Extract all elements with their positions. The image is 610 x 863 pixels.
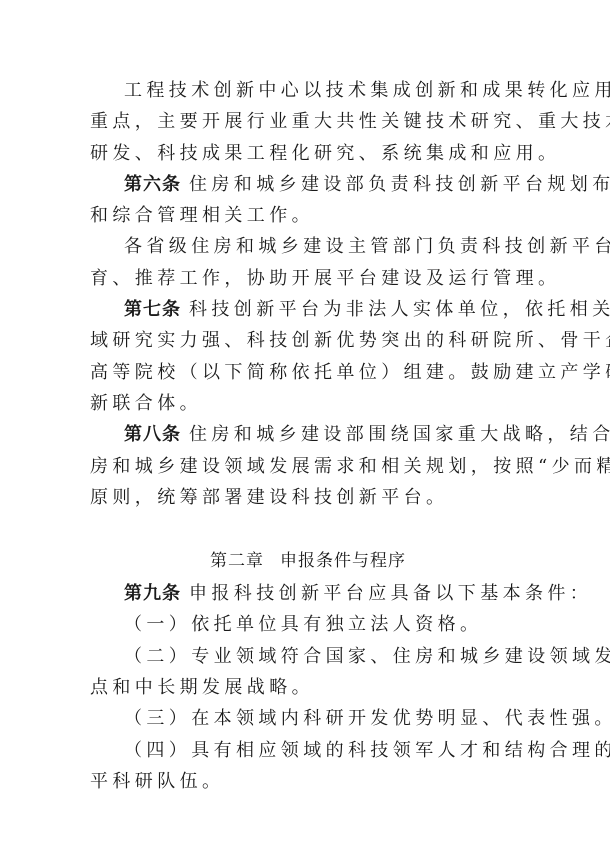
text-line: 平科研队伍。 <box>90 766 520 797</box>
chapter-title: 申报条件与程序 <box>280 551 406 571</box>
text-line: 新联合体。 <box>90 388 520 419</box>
article-text: 申报科技创新平台应具备以下基本条件： <box>189 583 592 604</box>
text-line: （一）依托单位具有独立法人资格。 <box>90 609 520 640</box>
text-line: 第九条申报科技创新平台应具备以下基本条件： <box>90 578 520 609</box>
article-number: 第六条 <box>124 174 181 195</box>
document-page: 工程技术创新中心以技术集成创新和成果转化应用为 重点，主要开展行业重大共性关键技… <box>90 75 520 797</box>
chapter-number: 第二章 <box>210 551 264 571</box>
text-line: 和综合管理相关工作。 <box>90 200 520 231</box>
text-line: （四）具有相应领域的科技领军人才和结构合理的高水 <box>90 735 520 766</box>
text-line: 育、推荐工作，协助开展平台建设及运行管理。 <box>90 263 520 294</box>
chapter-heading: 第二章申报条件与程序 <box>90 544 520 578</box>
article-6: 第六条住房和城乡建设部负责科技创新平台规划布局 和综合管理相关工作。 <box>90 169 520 232</box>
article-text: 科技创新平台为非法人实体单位，依托相关领 <box>189 299 610 320</box>
text-line: 重点，主要开展行业重大共性关键技术研究、重大技术装备 <box>90 106 520 137</box>
text-line: （二）专业领域符合国家、住房和城乡建设领域发展重 <box>90 641 520 672</box>
paragraph-provincial-departments: 各省级住房和城乡建设主管部门负责科技创新平台培 育、推荐工作，协助开展平台建设及… <box>90 231 520 294</box>
condition-2: （二）专业领域符合国家、住房和城乡建设领域发展重 点和中长期发展战略。 <box>90 641 520 704</box>
text-line: 研发、科技成果工程化研究、系统集成和应用。 <box>90 138 520 169</box>
condition-3: （三）在本领域内科研开发优势明显、代表性强。 <box>90 703 520 734</box>
condition-4: （四）具有相应领域的科技领军人才和结构合理的高水 平科研队伍。 <box>90 735 520 798</box>
text-line: 工程技术创新中心以技术集成创新和成果转化应用为 <box>90 75 520 106</box>
text-line: 原则，统筹部署建设科技创新平台。 <box>90 482 520 513</box>
article-number: 第八条 <box>124 424 181 445</box>
text-line: （三）在本领域内科研开发优势明显、代表性强。 <box>90 703 520 734</box>
article-number: 第九条 <box>124 583 181 604</box>
article-9: 第九条申报科技创新平台应具备以下基本条件： <box>90 578 520 609</box>
text-line: 第六条住房和城乡建设部负责科技创新平台规划布局 <box>90 169 520 200</box>
condition-1: （一）依托单位具有独立法人资格。 <box>90 609 520 640</box>
article-7: 第七条科技创新平台为非法人实体单位，依托相关领 域研究实力强、科技创新优势突出的… <box>90 294 520 419</box>
text-line: 第八条住房和城乡建设部围绕国家重大战略，结合住 <box>90 419 520 450</box>
text-line: 第七条科技创新平台为非法人实体单位，依托相关领 <box>90 294 520 325</box>
article-8: 第八条住房和城乡建设部围绕国家重大战略，结合住 房和城乡建设领域发展需求和相关规… <box>90 419 520 513</box>
text-line: 域研究实力强、科技创新优势突出的科研院所、骨干企业、 <box>90 325 520 356</box>
article-number: 第七条 <box>124 299 181 320</box>
text-line: 各省级住房和城乡建设主管部门负责科技创新平台培 <box>90 231 520 262</box>
text-line: 房和城乡建设领域发展需求和相关规划，按照“少而精”的 <box>90 451 520 482</box>
text-line: 高等院校（以下简称依托单位）组建。鼓励建立产学研用创 <box>90 357 520 388</box>
article-text: 住房和城乡建设部围绕国家重大战略，结合住 <box>189 424 610 445</box>
paragraph-engineering-center: 工程技术创新中心以技术集成创新和成果转化应用为 重点，主要开展行业重大共性关键技… <box>90 75 520 169</box>
text-line: 点和中长期发展战略。 <box>90 672 520 703</box>
blank-line <box>90 513 520 544</box>
article-text: 住房和城乡建设部负责科技创新平台规划布局 <box>189 174 610 195</box>
